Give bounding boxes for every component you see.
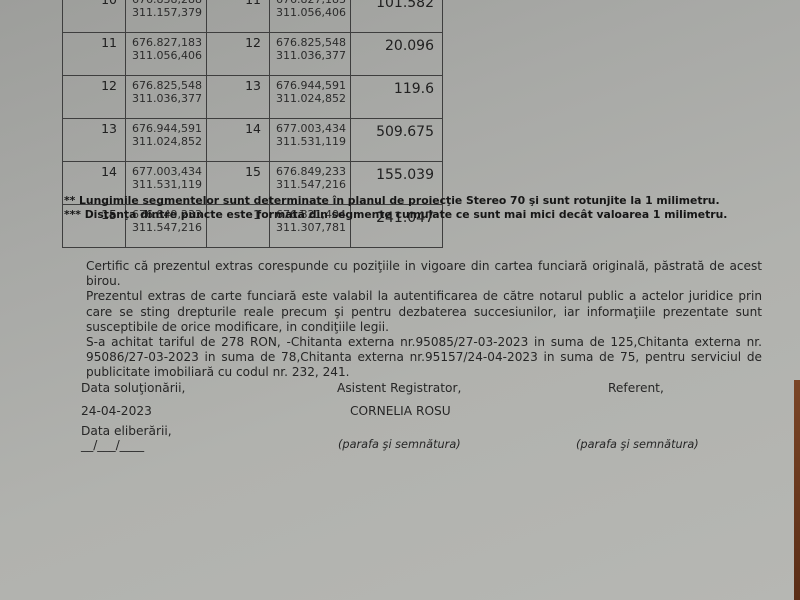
fee-paragraph: S-a achitat tariful de 278 RON, -Chitant… [86, 335, 762, 381]
to-point-coords: 676.825,548311.036,377 [270, 33, 351, 76]
assistant-name: CORNELIA ROSU [350, 404, 451, 418]
from-point-coords: 676.838,288311.157,379 [126, 0, 207, 33]
table-row: 12676.825,548311.036,37713676.944,591311… [63, 76, 443, 119]
assistant-stamp-label: (parafa şi semnătura) [338, 438, 461, 451]
to-point-number: 11 [207, 0, 270, 33]
from-point-number: 12 [63, 76, 126, 119]
desk-edge [794, 380, 800, 600]
table-row: 13676.944,591311.024,85214677.003,434311… [63, 119, 443, 162]
table-row: 10676.838,288311.157,37911676.827,183311… [63, 0, 443, 33]
assistant-title: Asistent Registrator, [337, 381, 461, 395]
segment-length: 119.6 [351, 76, 443, 119]
from-point-coords: 676.944,591311.024,852 [126, 119, 207, 162]
to-point-number: 13 [207, 76, 270, 119]
segment-length: 509.675 [351, 119, 443, 162]
from-point-coords: 676.825,548311.036,377 [126, 76, 207, 119]
from-point-coords: 676.827,183311.056,406 [126, 33, 207, 76]
solution-date: 24-04-2023 [81, 404, 152, 418]
solution-date-label: Data soluţionării, [81, 381, 185, 395]
table-row: 11676.827,183311.056,40612676.825,548311… [63, 33, 443, 76]
segment-length: 101.582 [351, 0, 443, 33]
segment-length: 20.096 [351, 33, 443, 76]
referent-stamp-label: (parafa şi semnătura) [576, 438, 699, 451]
from-point-number: 11 [63, 33, 126, 76]
to-point-coords: 677.003,434311.531,119 [270, 119, 351, 162]
release-date-label: Data eliberării, [81, 424, 172, 438]
certification-text: Certific că prezentul extras corespunde … [86, 259, 762, 381]
footnote-segment-lengths: ** Lungimile segmentelor sunt determinat… [64, 194, 727, 208]
to-point-number: 12 [207, 33, 270, 76]
to-point-coords: 676.827,183311.056,406 [270, 0, 351, 33]
to-point-number: 14 [207, 119, 270, 162]
to-point-coords: 676.944,591311.024,852 [270, 76, 351, 119]
footnotes: ** Lungimile segmentelor sunt determinat… [64, 194, 727, 222]
from-point-number: 13 [63, 119, 126, 162]
from-point-number: 10 [63, 0, 126, 33]
footnote-distance: *** Distanţa dintre puncte este formată … [64, 208, 727, 222]
certification-paragraph: Certific că prezentul extras corespunde … [86, 259, 762, 289]
release-date-field: __/___/____ [81, 438, 144, 452]
validity-paragraph: Prezentul extras de carte funciară este … [86, 289, 762, 335]
referent-title: Referent, [608, 381, 664, 395]
